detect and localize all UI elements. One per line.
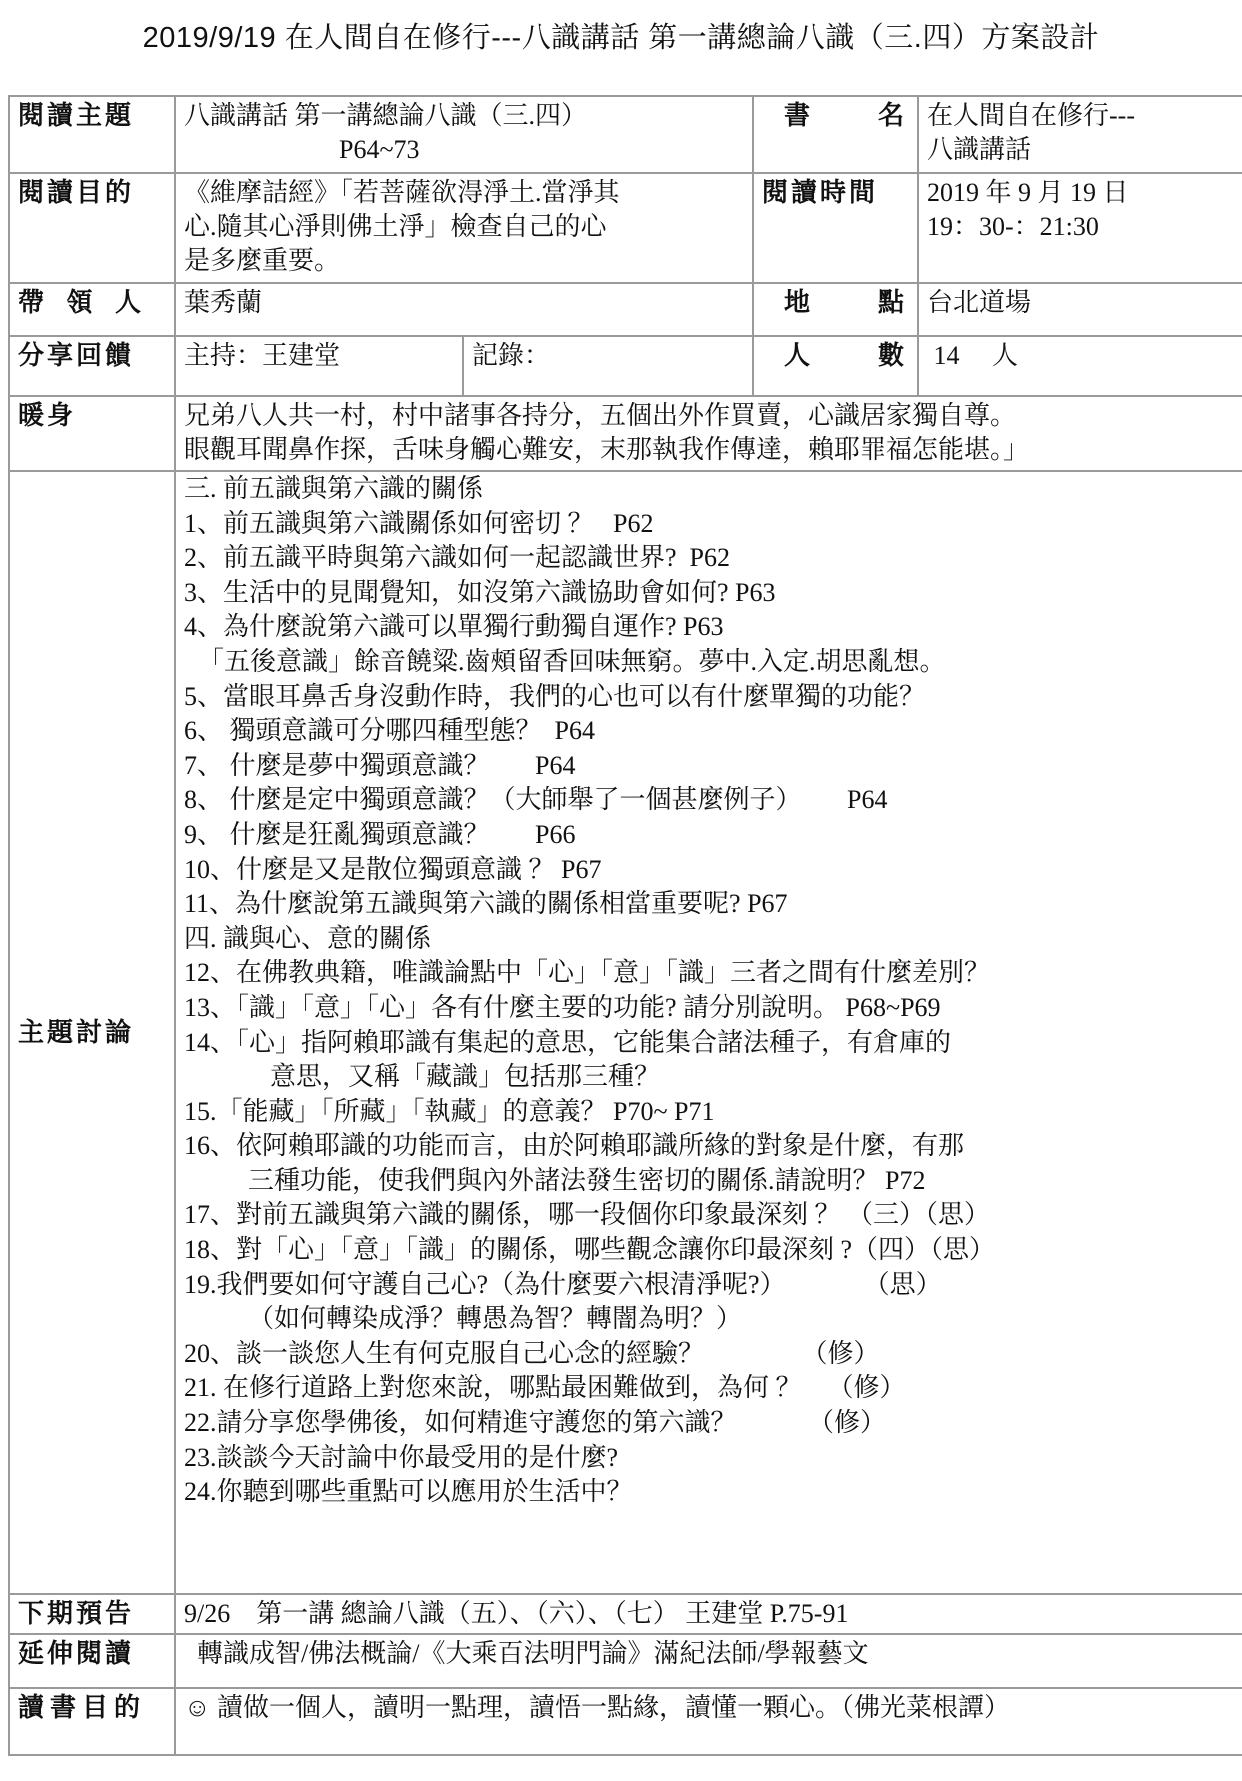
document-title: 2019/9/19 在人間自在修行---八識講話 第一講總論八識（三.四）方案設… bbox=[0, 18, 1242, 58]
discussion-label: 主題討論 bbox=[9, 471, 175, 1594]
discussion-list: 三. 前五識與第六識的關係 1、前五識與第六識關係如何密切 ？ P62 2、前五… bbox=[175, 471, 1242, 1594]
discussion-line: 16、依阿賴耶識的功能而言，由於阿賴耶識所緣的對象是什麼，有那 bbox=[184, 1129, 1242, 1164]
host-value: 主持：王建堂 bbox=[175, 336, 463, 396]
warmup-line-2: 眼觀耳聞鼻作探，舌味身觸心難安，末那執我作傳達，賴耶罪福怎能堪。」 bbox=[184, 433, 1242, 467]
warmup-line-1: 兄弟八人共一村，村中諸事各持分，五個出外作買賣，心識居家獨自尊。 bbox=[184, 399, 1242, 433]
discussion-line: 3、生活中的見聞覺知，如沒第六識協助會如何? P63 bbox=[184, 576, 1242, 611]
row-leader: 帶 領 人 葉秀蘭 地 點 台北道場 bbox=[9, 283, 1242, 336]
discussion-line: 5、當眼耳鼻舌身沒動作時，我們的心也可以有什麼單獨的功能？ bbox=[184, 680, 1242, 715]
row-goal: 讀書目的 ☺ 讀做一個人，讀明一點理，讀悟一點緣，讀懂一顆心。（佛光菜根譚） bbox=[9, 1688, 1242, 1755]
discussion-line: 15.「能藏」「所藏」「執藏」的意義？ P70~ P71 bbox=[184, 1095, 1242, 1130]
extended-value: 轉識成智/佛法概論/《大乘百法明門論》滿紀法師/學報藝文 bbox=[175, 1634, 1242, 1688]
count-label-a: 人 bbox=[784, 339, 813, 373]
discussion-line: 「五後意識」餘音饒粱.齒頰留香回味無窮。夢中.入定.胡思亂想。 bbox=[184, 645, 1242, 680]
warmup-label: 暖身 bbox=[9, 396, 175, 471]
place-label-b: 點 bbox=[878, 286, 907, 320]
time-range: 19：30-：21:30 bbox=[927, 210, 1242, 244]
recorder-value: 記錄： bbox=[463, 336, 753, 396]
sharing-label: 分享回饋 bbox=[9, 336, 175, 396]
count-label-b: 數 bbox=[878, 339, 907, 373]
discussion-line: 4、為什麼說第六識可以單獨行動獨自運作? P63 bbox=[184, 610, 1242, 645]
discussion-line: 三. 前五識與第六識的關係 bbox=[184, 472, 1242, 507]
discussion-line: 23.談談今天討論中你最受用的是什麼? bbox=[184, 1441, 1242, 1476]
next-label: 下期預告 bbox=[9, 1594, 175, 1634]
time-date: 2019 年 9 月 19 日 bbox=[927, 176, 1242, 210]
topic-pages: P64~73 bbox=[184, 133, 746, 167]
plan-table: 閱讀主題 八識講話 第一講總論八識（三.四） P64~73 書 名 在人間自在修… bbox=[8, 95, 1242, 1756]
discussion-line: 13、「識」「意」「心」各有什麼主要的功能? 請分別說明。 P68~P69 bbox=[184, 991, 1242, 1026]
next-value: 9/26 第一講 總論八識（五）、（六）、（七） 王建堂 P.75-91 bbox=[175, 1594, 1242, 1634]
time-label: 閱讀時間 bbox=[753, 173, 918, 283]
discussion-line: 意思，又稱「藏識」包括那三種？ bbox=[184, 1060, 1242, 1095]
row-discussion: 主題討論 三. 前五識與第六識的關係 1、前五識與第六識關係如何密切 ？ P62… bbox=[9, 471, 1242, 1594]
discussion-line: 24.你聽到哪些重點可以應用於生活中？ bbox=[184, 1475, 1242, 1510]
purpose-line-2: 心.隨其心淨則佛土淨」檢查自己的心 bbox=[184, 210, 746, 244]
row-topic: 閱讀主題 八識講話 第一講總論八識（三.四） P64~73 書 名 在人間自在修… bbox=[9, 96, 1242, 173]
row-warmup: 暖身 兄弟八人共一村，村中諸事各持分，五個出外作買賣，心識居家獨自尊。 眼觀耳聞… bbox=[9, 396, 1242, 471]
discussion-line: 10、什麼是又是散位獨頭意識 ？ P67 bbox=[184, 853, 1242, 888]
book-value-line-1: 在人間自在修行--- bbox=[927, 99, 1242, 133]
row-extended: 延伸閱讀 轉識成智/佛法概論/《大乘百法明門論》滿紀法師/學報藝文 bbox=[9, 1634, 1242, 1688]
place-value: 台北道場 bbox=[918, 283, 1242, 336]
book-value-line-2: 八識講話 bbox=[927, 133, 1242, 167]
place-label-a: 地 bbox=[784, 286, 813, 320]
warmup-value: 兄弟八人共一村，村中諸事各持分，五個出外作買賣，心識居家獨自尊。 眼觀耳聞鼻作探… bbox=[175, 396, 1242, 471]
row-purpose: 閱讀目的 《維摩詰經》「若菩薩欲淂淨土.當淨其 心.隨其心淨則佛土淨」檢查自己的… bbox=[9, 173, 1242, 283]
discussion-line: 14、「心」指阿賴耶識有集起的意思，它能集合諸法種子，有倉庫的 bbox=[184, 1026, 1242, 1061]
discussion-line: 11、為什麼說第五識與第六識的關係相當重要呢? P67 bbox=[184, 887, 1242, 922]
discussion-line: 21. 在修行道路上對您來說，哪點最困難做到，為何 ？ （修） bbox=[184, 1371, 1242, 1406]
discussion-line: 8、 什麼是定中獨頭意識？（大師舉了一個甚麼例子） P64 bbox=[184, 783, 1242, 818]
purpose-line-3: 是多麼重要。 bbox=[184, 244, 746, 278]
book-label: 書 名 bbox=[753, 96, 918, 173]
purpose-label: 閱讀目的 bbox=[9, 173, 175, 283]
purpose-line-1: 《維摩詰經》「若菩薩欲淂淨土.當淨其 bbox=[184, 176, 746, 210]
count-value: 14 人 bbox=[918, 336, 1242, 396]
discussion-line: 7、 什麼是夢中獨頭意識？ P64 bbox=[184, 749, 1242, 784]
discussion-line: 1、前五識與第六識關係如何密切 ？ P62 bbox=[184, 507, 1242, 542]
book-label-b: 名 bbox=[878, 99, 907, 133]
discussion-line: 12、在佛教典籍，唯識論點中「心」「意」「識」三者之間有什麼差別？ bbox=[184, 956, 1242, 991]
smiley-icon: ☺ bbox=[184, 1693, 211, 1722]
discussion-line: 19.我們要如何守護自己心?（為什麼要六根清淨呢?） （思） bbox=[184, 1268, 1242, 1303]
discussion-line: （如何轉染成淨？轉愚為智？轉闇為明？） bbox=[184, 1302, 1242, 1337]
discussion-line: 三種功能，使我們與內外諸法發生密切的關係.請說明？ P72 bbox=[184, 1164, 1242, 1199]
row-sharing: 分享回饋 主持：王建堂 記錄： 人 數 14 人 bbox=[9, 336, 1242, 396]
leader-value: 葉秀蘭 bbox=[175, 283, 753, 336]
topic-line-1: 八識講話 第一講總論八識（三.四） bbox=[184, 99, 746, 133]
discussion-line: 20、談一談您人生有何克服自己心念的經驗？ （修） bbox=[184, 1337, 1242, 1372]
goal-text: 讀做一個人，讀明一點理，讀悟一點緣，讀懂一顆心。（佛光菜根譚） bbox=[211, 1693, 1011, 1722]
discussion-line: 6、 獨頭意識可分哪四種型態？ P64 bbox=[184, 714, 1242, 749]
row-next: 下期預告 9/26 第一講 總論八識（五）、（六）、（七） 王建堂 P.75-9… bbox=[9, 1594, 1242, 1634]
discussion-line: 9、 什麼是狂亂獨頭意識？ P66 bbox=[184, 818, 1242, 853]
extended-label: 延伸閱讀 bbox=[9, 1634, 175, 1688]
count-label: 人 數 bbox=[753, 336, 918, 396]
goal-value: ☺ 讀做一個人，讀明一點理，讀悟一點緣，讀懂一顆心。（佛光菜根譚） bbox=[175, 1688, 1242, 1755]
time-value: 2019 年 9 月 19 日 19：30-：21:30 bbox=[918, 173, 1242, 283]
book-value: 在人間自在修行--- 八識講話 bbox=[918, 96, 1242, 173]
topic-label: 閱讀主題 bbox=[9, 96, 175, 173]
topic-value: 八識講話 第一講總論八識（三.四） P64~73 bbox=[175, 96, 753, 173]
discussion-line: 17、對前五識與第六識的關係，哪一段個你印象最深刻 ？ （三）（思） bbox=[184, 1198, 1242, 1233]
place-label: 地 點 bbox=[753, 283, 918, 336]
discussion-line: 18、對「心」「意」「識」的關係，哪些觀念讓你印最深刻 ?（四）（思） bbox=[184, 1233, 1242, 1268]
discussion-line: 四. 識與心、意的關係 bbox=[184, 922, 1242, 957]
discussion-line: 2、前五識平時與第六識如何一起認識世界? P62 bbox=[184, 541, 1242, 576]
purpose-value: 《維摩詰經》「若菩薩欲淂淨土.當淨其 心.隨其心淨則佛土淨」檢查自己的心 是多麼… bbox=[175, 173, 753, 283]
book-label-a: 書 bbox=[784, 99, 813, 133]
leader-label: 帶 領 人 bbox=[9, 283, 175, 336]
discussion-line: 22.請分享您學佛後，如何精進守護您的第六識？ （修） bbox=[184, 1406, 1242, 1441]
goal-label: 讀書目的 bbox=[9, 1688, 175, 1755]
